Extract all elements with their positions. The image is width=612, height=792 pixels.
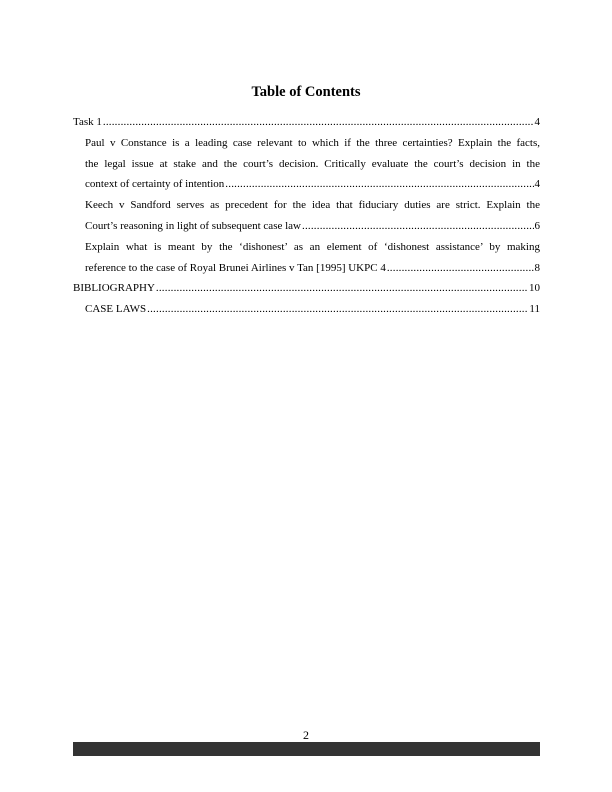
toc-entry-label: context of certainty of intention <box>85 174 224 195</box>
toc-leader-dots <box>302 216 534 237</box>
toc-page-number: 8 <box>535 258 541 279</box>
toc-leader-dots <box>103 112 534 133</box>
toc-entry-label: Court’s reasoning in light of subsequent… <box>85 216 301 237</box>
toc-page-number: 10 <box>529 278 540 299</box>
table-of-contents: Task 1 4 Paul v Constance is a leading c… <box>73 112 540 320</box>
toc-entry-label: CASE LAWS <box>85 299 146 320</box>
toc-entry-keech-v-sandford[interactable]: Keech v Sandford serves as precedent for… <box>73 195 540 237</box>
page-number: 2 <box>0 728 612 743</box>
toc-entry-paul-v-constance[interactable]: Paul v Constance is a leading case relev… <box>73 133 540 195</box>
footer-bar <box>73 742 540 756</box>
toc-entry-label: BIBLIOGRAPHY <box>73 278 155 299</box>
toc-leader-dots <box>387 258 534 279</box>
toc-entry-line: the legal issue at stake and the court’s… <box>85 154 540 175</box>
toc-entry-label: reference to the case of Royal Brunei Ai… <box>85 258 386 279</box>
toc-entry-dishonest-assistance[interactable]: Explain what is meant by the ‘dishonest’… <box>73 237 540 279</box>
toc-leader-dots <box>156 278 528 299</box>
toc-page-number: 11 <box>529 299 540 320</box>
toc-leader-dots <box>147 299 528 320</box>
toc-entry-bibliography[interactable]: BIBLIOGRAPHY 10 <box>73 278 540 299</box>
toc-entry-case-laws[interactable]: CASE LAWS 11 <box>73 299 540 320</box>
toc-entry-line: Keech v Sandford serves as precedent for… <box>85 195 540 216</box>
toc-entry-line: Explain what is meant by the ‘dishonest’… <box>85 237 540 258</box>
toc-entry-task-1[interactable]: Task 1 4 <box>73 112 540 133</box>
toc-entry-line: Paul v Constance is a leading case relev… <box>85 133 540 154</box>
toc-page-number: 4 <box>535 112 541 133</box>
toc-page-number: 6 <box>535 216 541 237</box>
toc-leader-dots <box>225 174 533 195</box>
toc-title: Table of Contents <box>0 84 612 101</box>
toc-entry-label: Task 1 <box>73 112 102 133</box>
toc-page-number: 4 <box>535 174 541 195</box>
